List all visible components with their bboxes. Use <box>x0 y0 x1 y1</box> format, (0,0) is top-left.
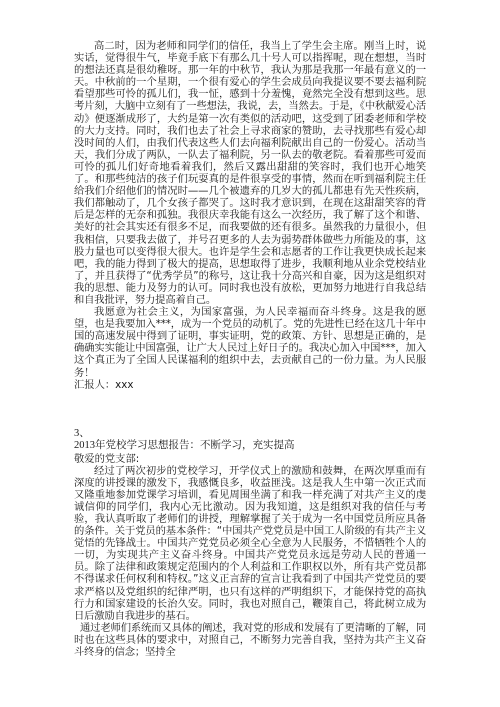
body-paragraph: 经过了两次初步的党校学习，开学仪式上的激励和鼓舞，在两次厚重而有深度的讲授课的激… <box>74 465 426 622</box>
section-number: 3、 <box>74 428 426 440</box>
report-section-2: 3、 2013年党校学习思想报告：不断学习，充实提高 敬爱的党支部: 经过了两次… <box>74 428 426 658</box>
body-paragraph: 我愿意为社会主义，为国家富强，为人民幸福而奋斗终身。这是我的愿望，也是我要加入*… <box>74 306 426 379</box>
salutation: 敬爱的党支部: <box>74 453 426 465</box>
report-section-1: 高二时，因为老师和同学们的信任，我当上了学生会主席。刚当上时，说实话，觉得很牛气… <box>74 40 426 391</box>
body-paragraph: 通过老师们系统而又具体的阐述，我对党的形成和发展有了更清晰的了解，同时也在这些具… <box>74 622 426 658</box>
report-title: 2013年党校学习思想报告：不断学习，充实提高 <box>74 440 426 453</box>
body-paragraph: 高二时，因为老师和同学们的信任，我当上了学生会主席。刚当上时，说实话，觉得很牛气… <box>74 40 426 306</box>
reporter-signature: 汇报人：xxx <box>74 379 426 391</box>
